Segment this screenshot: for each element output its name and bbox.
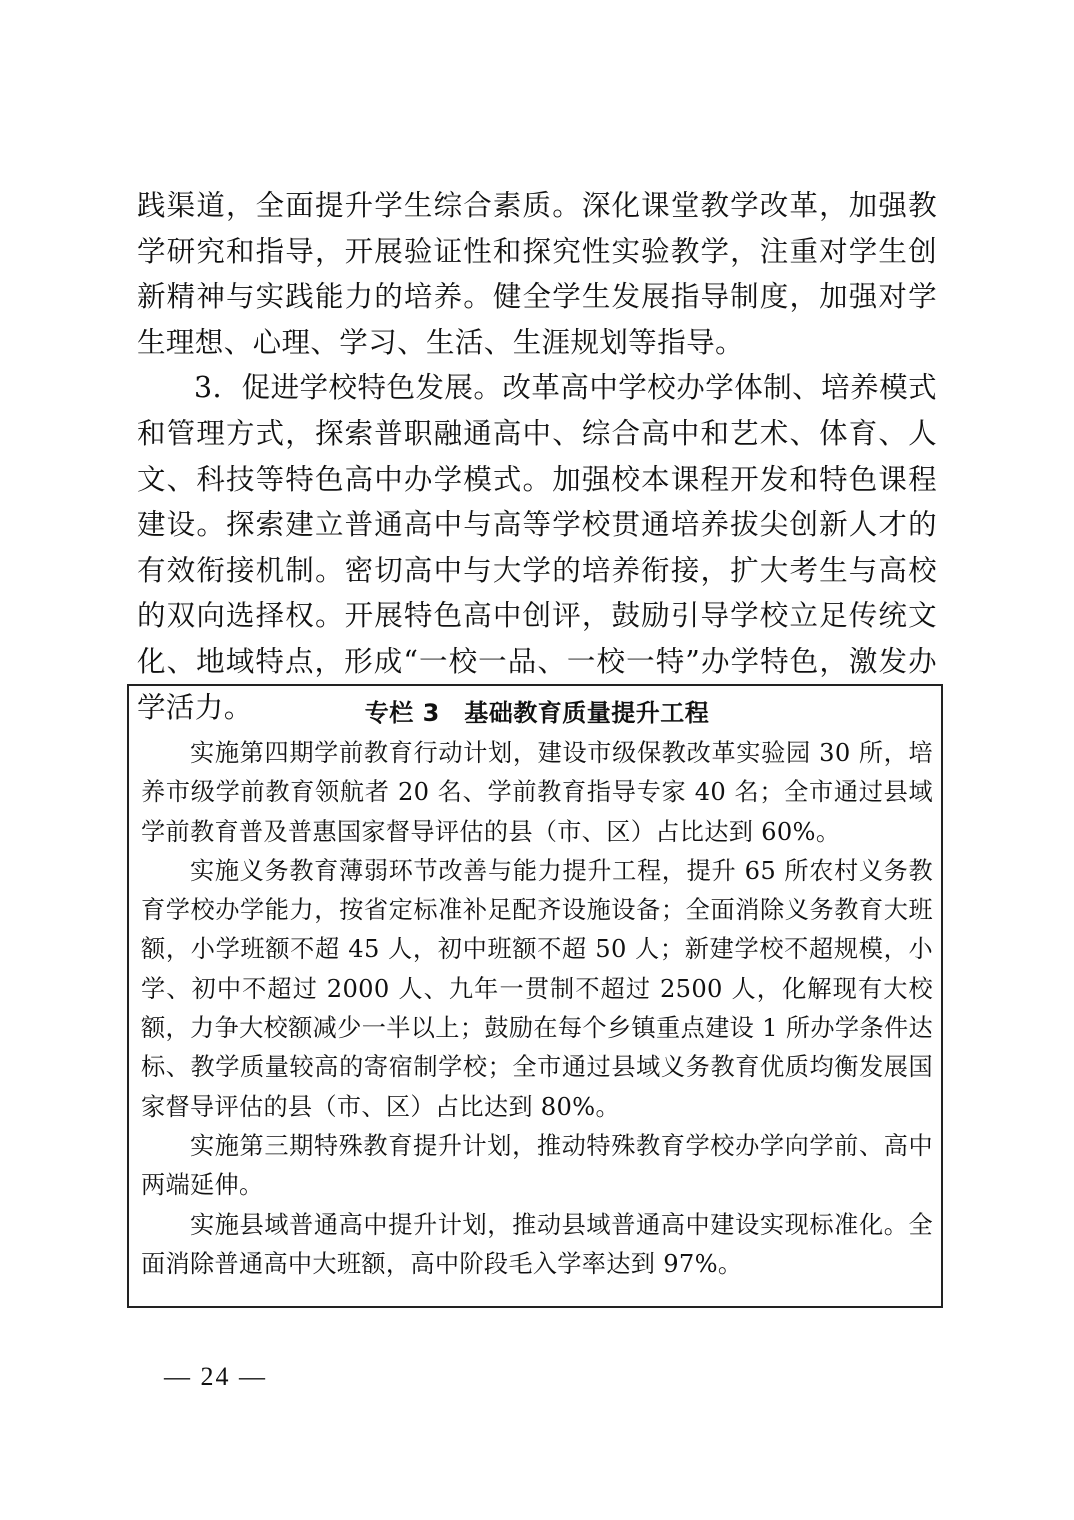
column-box-paragraph-highschool: 实施县域普通高中提升计划，推动县域普通高中建设实现标准化。全面消除普通高中大班额… — [141, 1206, 933, 1285]
paragraph-school-characteristics: 3．促进学校特色发展。改革高中学校办学体制、培养模式和管理方式，探索普职融通高中… — [137, 365, 937, 730]
column-box-title: 专栏 3 基础教育质量提升工程 — [141, 696, 933, 730]
column-box-paragraph-compulsory: 实施义务教育薄弱环节改善与能力提升工程，提升 65 所农村义务教育学校办学能力，… — [141, 852, 933, 1127]
page-number: — 24 — — [164, 1362, 267, 1392]
paragraph-continued: 践渠道，全面提升学生综合素质。深化课堂教学改革，加强教学研究和指导，开展验证性和… — [137, 183, 937, 365]
column-box: 专栏 3 基础教育质量提升工程 实施第四期学前教育行动计划，建设市级保教改革实验… — [127, 684, 943, 1308]
main-text: 践渠道，全面提升学生综合素质。深化课堂教学改革，加强教学研究和指导，开展验证性和… — [137, 183, 937, 730]
column-box-paragraph-preschool: 实施第四期学前教育行动计划，建设市级保教改革实验园 30 所，培养市级学前教育领… — [141, 734, 933, 852]
column-box-paragraph-special: 实施第三期特殊教育提升计划，推动特殊教育学校办学向学前、高中两端延伸。 — [141, 1127, 933, 1206]
